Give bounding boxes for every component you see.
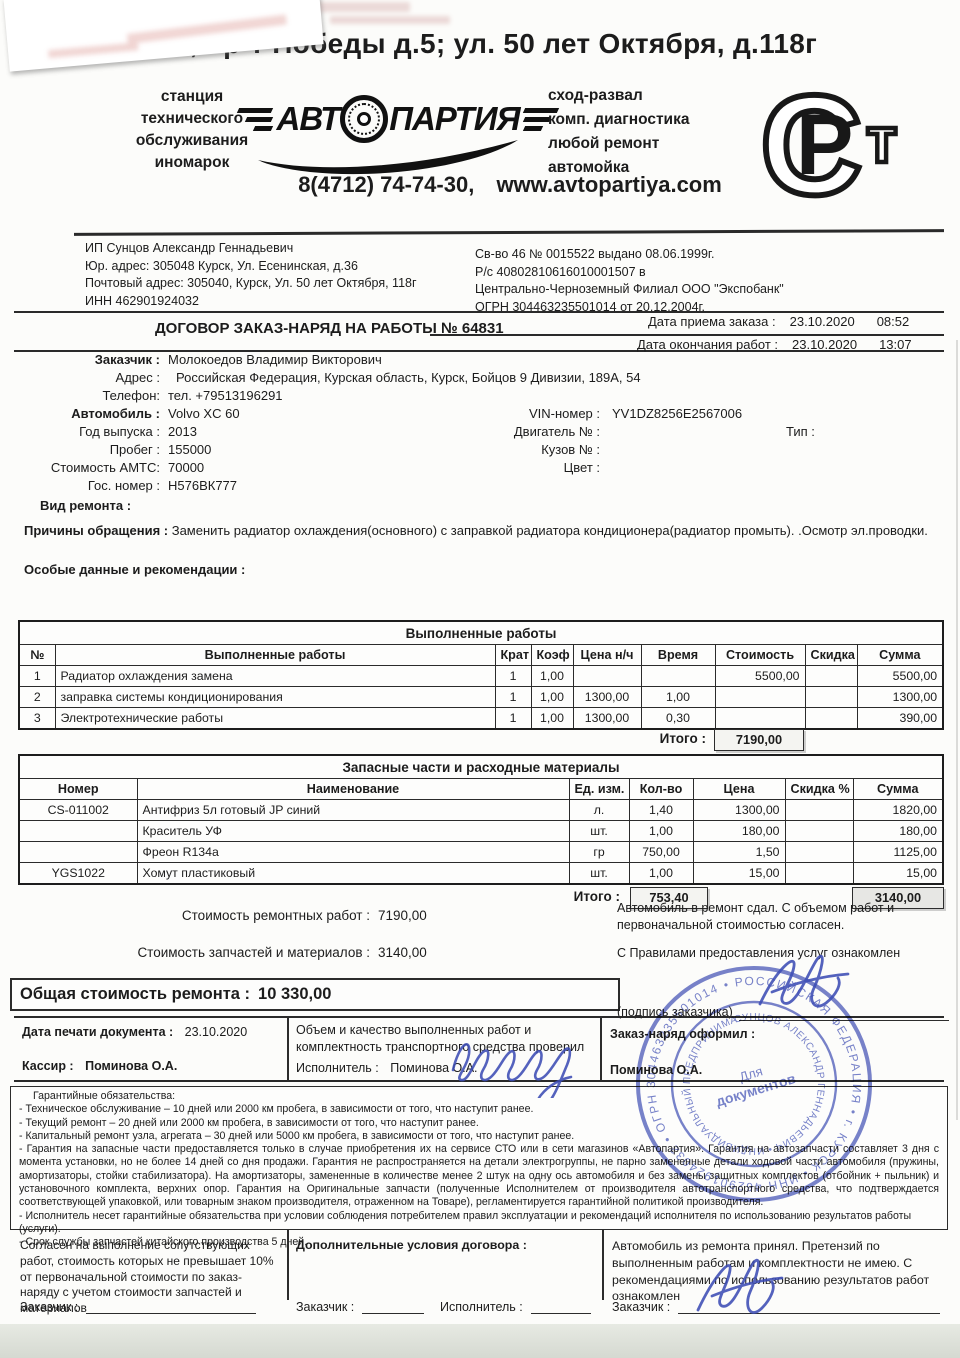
company-line: Почтовый адрес: 305040, Курск, Ул. 50 ле… xyxy=(85,275,417,293)
scanner-edge xyxy=(0,1324,960,1358)
works-price xyxy=(573,666,641,687)
vin-label: VIN-номер : xyxy=(420,406,600,421)
parts-table: Запасные части и расходные материалы Ном… xyxy=(18,754,944,885)
sign-label: Заказчик : xyxy=(612,1300,670,1314)
station-line: обслуживания xyxy=(122,130,262,152)
executor-label: Исполнитель : xyxy=(296,1061,379,1075)
additional-terms-label: Дополнительные условия договора : xyxy=(296,1238,592,1254)
works-sum: 5500,00 xyxy=(857,666,943,687)
works-num: 2 xyxy=(19,687,55,708)
works-name: Радиатор охлаждения замена xyxy=(55,666,495,687)
works-sum: 390,00 xyxy=(857,708,943,730)
type-label: Тип : xyxy=(786,424,815,439)
date-received: 23.10.2020 xyxy=(790,314,855,329)
checked-text: Объем и качество выполненных работ и ком… xyxy=(296,1022,592,1056)
station-line: иномарок xyxy=(122,152,262,174)
warranty-title: Гарантийные обязательства: xyxy=(33,1090,939,1103)
order-title: ДОГОВОР ЗАКАЗ-НАРЯД НА РАБОТЫ № 64831 xyxy=(155,320,504,337)
parts-col-header: Наименование xyxy=(137,779,569,800)
cashier-label: Кассир : xyxy=(22,1059,74,1073)
vin-value: YV1DZ8256E2567006 xyxy=(612,406,742,421)
divider xyxy=(287,1230,289,1300)
works-time: 1,00 xyxy=(641,687,715,708)
print-date: 23.10.2020 xyxy=(185,1025,248,1039)
car-model: Volvo XC 60 xyxy=(168,406,240,421)
parts-total-label: Итого : xyxy=(420,889,620,904)
works-row: 2 заправка системы кондиционирования 1 1… xyxy=(19,687,943,708)
body-label: Кузов № : xyxy=(420,442,600,457)
works-price: 1300,00 xyxy=(573,708,641,730)
works-col-header: Скидка xyxy=(805,645,857,666)
parts-num xyxy=(19,821,137,842)
scan-edge-shadow xyxy=(956,340,958,1120)
customer-phone: тел. +79513196291 xyxy=(168,388,283,403)
company-line: Юр. адрес: 305048 Курск, Ул. Есенинская,… xyxy=(85,258,417,276)
signature-line xyxy=(362,1300,424,1314)
works-discount xyxy=(805,687,857,708)
parts-price: 1300,00 xyxy=(693,800,785,821)
date-finished-row: Дата окончания работ :23.10.202013:07 xyxy=(637,337,912,352)
works-row: 3 Электротехнические работы 1 1,00 1300,… xyxy=(19,708,943,730)
company-line: Р/с 40802810616010001507 в xyxy=(475,264,784,282)
cashier-name: Поминова О.А. xyxy=(85,1059,177,1073)
customer-address: Российская Федерация, Курская область, К… xyxy=(176,370,641,385)
parts-name: Антифриз 5л готовый JP синий xyxy=(137,800,569,821)
parts-discount xyxy=(785,842,853,863)
parts-name: Хомут пластиковый xyxy=(137,863,569,885)
parts-sum: 1125,00 xyxy=(853,842,943,863)
executor-name: Поминова О.А. xyxy=(390,1061,477,1075)
parts-col-header: Сумма xyxy=(853,779,943,800)
svg-text:Р: Р xyxy=(796,97,853,193)
parts-qty: 1,00 xyxy=(629,821,693,842)
plate-label: Гос. номер : xyxy=(0,478,160,493)
parts-row: CS-011002 Антифриз 5л готовый JP синий л… xyxy=(19,800,943,821)
company-requisites-right: Св-во 46 № 0015522 выдано 08.06.1999г. Р… xyxy=(475,246,784,316)
repair-reason-block: Причины обращения : Заменить радиатор ох… xyxy=(24,522,940,540)
parts-sum: 15,00 xyxy=(853,863,943,885)
website: www.avtopartiya.com xyxy=(496,172,721,197)
parts-name: Краситель УФ xyxy=(137,821,569,842)
works-num: 1 xyxy=(19,666,55,687)
divider xyxy=(287,1016,289,1082)
customer-sign-label: (подпись заказчика) xyxy=(617,1004,733,1021)
station-line: станция xyxy=(122,86,262,108)
works-cost-label: Стоимость ремонтных работ : xyxy=(18,908,370,923)
print-date-row: Дата печати документа : 23.10.2020 xyxy=(22,1024,247,1041)
works-discount xyxy=(805,666,857,687)
works-discount xyxy=(805,708,857,730)
car-mileage: 155000 xyxy=(168,442,211,457)
signature-line xyxy=(531,1300,591,1314)
warranty-item: - Гарантия на запасные части предоставля… xyxy=(19,1143,939,1209)
grand-total-value: 10 330,00 xyxy=(258,985,331,1004)
divider xyxy=(14,1080,944,1082)
car-label: Автомобиль : xyxy=(0,406,160,421)
repair-reason-text: Заменить радиатор охлаждения(основного) … xyxy=(172,523,928,538)
parts-unit: гр xyxy=(569,842,629,863)
works-total-label: Итого : xyxy=(500,731,706,746)
parts-col-header: Кол-во xyxy=(629,779,693,800)
parts-num: CS-011002 xyxy=(19,800,137,821)
prepared-by-name: Поминова О.А. xyxy=(610,1062,702,1079)
svg-text:т: т xyxy=(866,104,897,176)
print-date-label: Дата печати документа : xyxy=(22,1025,173,1039)
bleed-through-marks xyxy=(330,16,450,24)
year-label: Год выпуска : xyxy=(0,424,160,439)
phone-website-line: 8(4712) 74-74-30, www.avtopartiya.com xyxy=(230,172,790,198)
parts-row: Фреон R134a гр 750,00 1,50 1125,00 xyxy=(19,842,943,863)
car-received-text: Автомобиль из ремонта принял. Претензий … xyxy=(612,1238,940,1305)
works-koef: 1,00 xyxy=(531,666,573,687)
warranty-box: Гарантийные обязательства: - Техническое… xyxy=(10,1086,948,1230)
car-year: 2013 xyxy=(168,424,197,439)
parts-col-header: Ед. изм. xyxy=(569,779,629,800)
repair-reason-label: Причины обращения : xyxy=(24,523,168,538)
phone-number: 8(4712) 74-74-30, xyxy=(298,172,474,197)
footer-sign-customer2: Заказчик : xyxy=(296,1300,424,1314)
date-received-label: Дата приема заказа : xyxy=(648,314,776,329)
footer-sign-customer1: Заказчик : xyxy=(20,1300,278,1314)
time-finished: 13:07 xyxy=(879,337,912,352)
works-col-header: Стоимость xyxy=(715,645,805,666)
works-row: 1 Радиатор охлаждения замена 1 1,00 5500… xyxy=(19,666,943,687)
footer-sign-executor: Исполнитель : xyxy=(440,1300,591,1314)
customer-sign-row: (подпись заказчика) xyxy=(617,1004,949,1021)
parts-discount xyxy=(785,863,853,885)
car-plate: Н576ВК777 xyxy=(168,478,237,493)
time-received: 08:52 xyxy=(877,314,910,329)
parts-unit: шт. xyxy=(569,863,629,885)
works-krat: 1 xyxy=(495,687,531,708)
sign-label: Исполнитель : xyxy=(440,1300,523,1314)
company-requisites-left: ИП Сунцов Александр Геннадьевич Юр. адре… xyxy=(85,240,417,310)
parts-cost-value: 3140,00 xyxy=(378,945,427,960)
works-table: Выполненные работы № Выполненные работы … xyxy=(18,620,944,730)
sign-label: Заказчик : xyxy=(20,1300,78,1314)
customer-label: Заказчик : xyxy=(0,352,160,367)
warranty-item: - Капитальный ремонт узла, агрегата – 30… xyxy=(19,1130,939,1143)
service-line: любой ремонт xyxy=(548,132,738,156)
works-cost: 5500,00 xyxy=(715,666,805,687)
works-col-header: Время xyxy=(641,645,715,666)
works-col-header: № xyxy=(19,645,55,666)
logo-text-left: АВТ xyxy=(276,100,339,138)
address-label: Адрес : xyxy=(0,370,160,385)
date-finished-label: Дата окончания работ : xyxy=(637,337,778,352)
divider xyxy=(430,334,944,336)
works-koef: 1,00 xyxy=(531,687,573,708)
customer-name: Молокоедов Владимир Викторович xyxy=(168,352,382,367)
warranty-item: - Исполнитель несет гарантийные обязател… xyxy=(19,1210,939,1237)
car-value-label: Стоимость АМТС: xyxy=(0,460,160,475)
parts-name: Фреон R134a xyxy=(137,842,569,863)
works-cost xyxy=(715,708,805,730)
works-cost xyxy=(715,687,805,708)
works-name: Электротехнические работы xyxy=(55,708,495,730)
divider xyxy=(14,1016,944,1018)
works-krat: 1 xyxy=(495,666,531,687)
services-list: сход-развал комп. диагностика любой ремо… xyxy=(548,84,738,180)
parts-col-header: Номер xyxy=(19,779,137,800)
company-line: Центрально-Черноземный Филиал ООО "Экспо… xyxy=(475,281,784,299)
date-finished: 23.10.2020 xyxy=(792,337,857,352)
swoosh-icon xyxy=(250,136,540,176)
parts-sum: 1820,00 xyxy=(853,800,943,821)
works-name: заправка системы кондиционирования xyxy=(55,687,495,708)
grand-total-box: Общая стоимость ремонта : 10 330,00 xyxy=(10,978,620,1011)
avtopartiya-logo: АВТ ПАРТИЯ xyxy=(256,88,540,176)
acceptance-line1: Автомобиль в ремонт сдал. С объемом рабо… xyxy=(617,900,949,934)
date-received-row: Дата приема заказа :23.10.202008:52 xyxy=(648,314,909,329)
special-data-label: Особые данные и рекомендации : xyxy=(24,562,245,577)
speed-lines-icon xyxy=(238,108,272,131)
works-time xyxy=(641,666,715,687)
parts-qty: 750,00 xyxy=(629,842,693,863)
parts-row: YGS1022 Хомут пластиковый шт. 1,00 15,00… xyxy=(19,863,943,885)
parts-unit: шт. xyxy=(569,821,629,842)
grand-total-label: Общая стоимость ремонта : xyxy=(20,985,250,1004)
parts-row: Краситель УФ шт. 1,00 180,00 180,00 xyxy=(19,821,943,842)
works-col-header: Коэф xyxy=(531,645,573,666)
color-label: Цвет : xyxy=(420,460,600,475)
parts-discount xyxy=(785,821,853,842)
works-num: 3 xyxy=(19,708,55,730)
works-table-title: Выполненные работы xyxy=(19,621,943,645)
sticker-overlay xyxy=(3,0,323,72)
parts-col-header: Цена xyxy=(693,779,785,800)
parts-qty: 1,40 xyxy=(629,800,693,821)
parts-num xyxy=(19,842,137,863)
engine-label: Двигатель № : xyxy=(420,424,600,439)
divider xyxy=(74,229,944,236)
footer-sign-customer3: Заказчик : xyxy=(612,1300,940,1314)
works-total-value: 7190,00 xyxy=(714,729,804,751)
repair-kind-label: Вид ремонта : xyxy=(40,498,131,513)
parts-col-header: Скидка % xyxy=(785,779,853,800)
works-sum: 1300,00 xyxy=(857,687,943,708)
parts-unit: л. xyxy=(569,800,629,821)
works-col-header: Цена н/ч xyxy=(573,645,641,666)
work-order-document: г.Курск, пр-т Победы д.5; ул. 50 лет Окт… xyxy=(0,0,960,1358)
phone-label: Телефон: xyxy=(0,388,160,403)
signature-line xyxy=(739,1006,949,1021)
acceptance-block: Автомобиль в ремонт сдал. С объемом рабо… xyxy=(617,900,949,1021)
divider xyxy=(602,1230,604,1300)
company-line: ИНН 462901924032 xyxy=(85,293,417,311)
service-line: сход-развал xyxy=(548,84,738,108)
parts-price: 1,50 xyxy=(693,842,785,863)
works-col-header: Выполненные работы xyxy=(55,645,495,666)
parts-price: 180,00 xyxy=(693,821,785,842)
works-col-header: Сумма xyxy=(857,645,943,666)
parts-table-title: Запасные части и расходные материалы xyxy=(19,755,943,779)
acceptance-line2: С Правилами предоставления услуг ознаком… xyxy=(617,945,949,962)
works-cost-value: 7190,00 xyxy=(378,908,427,923)
parts-sum: 180,00 xyxy=(853,821,943,842)
signature-line xyxy=(678,1300,940,1314)
prepared-by-label: Заказ-наряд оформил : xyxy=(610,1026,755,1043)
works-krat: 1 xyxy=(495,708,531,730)
warranty-item: - Техническое обслуживание – 10 дней или… xyxy=(19,1103,939,1116)
logo-text-right: ПАРТИЯ xyxy=(389,100,519,138)
company-line: Св-во 46 № 0015522 выдано 08.06.1999г. xyxy=(475,246,784,264)
cashier-row: Кассир : Поминова О.А. xyxy=(22,1058,177,1075)
works-koef: 1,00 xyxy=(531,708,573,730)
works-price: 1300,00 xyxy=(573,687,641,708)
company-line: ИП Сунцов Александр Геннадьевич xyxy=(85,240,417,258)
parts-price: 15,00 xyxy=(693,863,785,885)
parts-num: YGS1022 xyxy=(19,863,137,885)
service-line: комп. диагностика xyxy=(548,108,738,132)
works-col-header: Крат xyxy=(495,645,531,666)
parts-qty: 1,00 xyxy=(629,863,693,885)
executor-row: Исполнитель : Поминова О.А. xyxy=(296,1060,478,1077)
mileage-label: Пробег : xyxy=(0,442,160,457)
divider xyxy=(600,1016,602,1082)
parts-discount xyxy=(785,800,853,821)
sign-label: Заказчик : xyxy=(296,1300,354,1314)
parts-cost-label: Стоимость запчастей и материалов : xyxy=(18,945,370,960)
works-time: 0,30 xyxy=(641,708,715,730)
signature-line xyxy=(86,1300,256,1314)
warranty-item: - Текущий ремонт – 20 дней или 2000 км п… xyxy=(19,1117,939,1130)
car-value: 70000 xyxy=(168,460,204,475)
